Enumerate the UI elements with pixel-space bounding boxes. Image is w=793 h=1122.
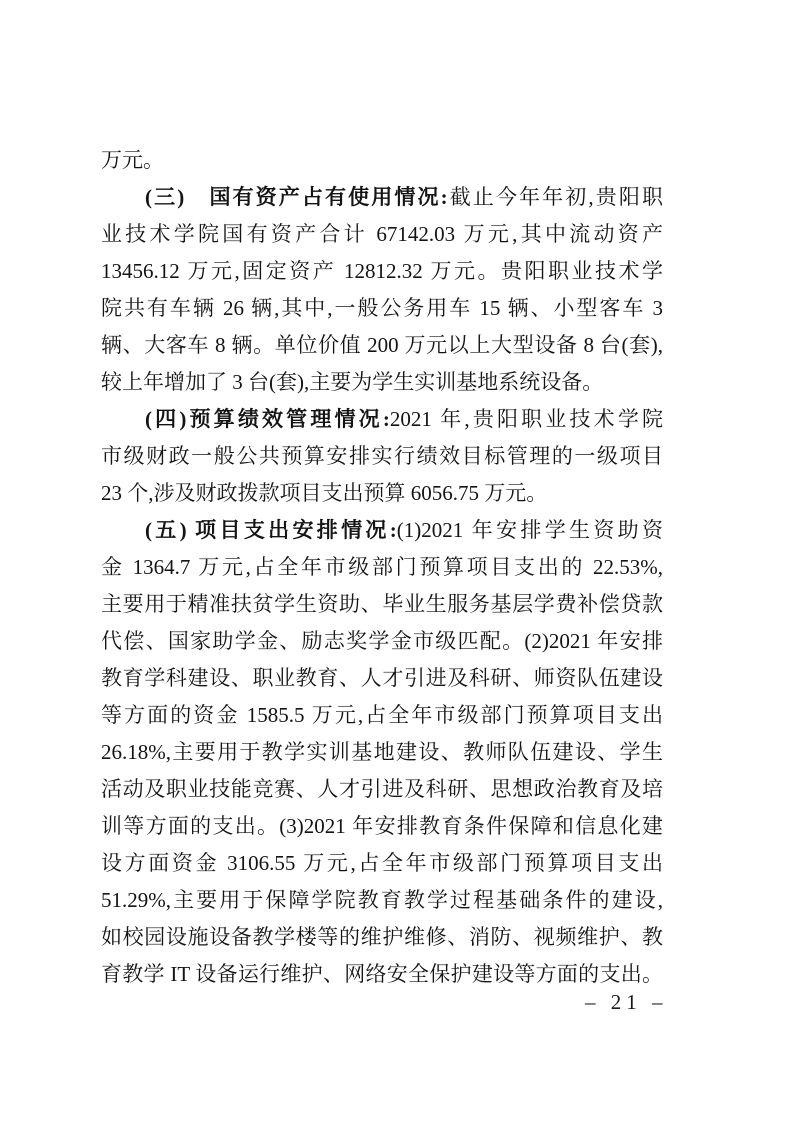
text-line: 业技术学院国有资产合计 67142.03 万元,其中流动资产	[101, 216, 663, 253]
line-text: 26.18%,主要用于教学实训基地建设、教师队伍建设、学生	[101, 740, 663, 764]
text-line: 活动及职业技能竞赛、人才引进及科研、思想政治教育及培	[101, 771, 663, 808]
text-line: 金 1364.7 万元,占全年市级部门预算项目支出的 22.53%,	[101, 549, 663, 586]
text-line-section-3-heading: (三) 国有资产占有使用情况:截止今年年初,贵阳职	[101, 179, 663, 216]
line-text: 金 1364.7 万元,占全年市级部门预算项目支出的 22.53%,	[101, 555, 663, 579]
text-line: 代偿、国家助学金、励志奖学金市级匹配。(2)2021 年安排	[101, 623, 663, 660]
line-text: 主要用于精准扶贫学生资助、毕业生服务基层学费补偿贷款	[101, 592, 663, 616]
line-text: 较上年增加了 3 台(套),主要为学生实训基地系统设备。	[101, 370, 603, 394]
text-line: 市级财政一般公共预算安排实行绩效目标管理的一级项目	[101, 438, 663, 475]
line-text: 等方面的资金 1585.5 万元,占全年市级部门预算项目支出	[101, 703, 663, 727]
line-text: 23 个,涉及财政拨款项目支出预算 6056.75 万元。	[101, 481, 547, 505]
page-number: – 21 –	[585, 990, 680, 1015]
section-heading: (四)预算绩效管理情况:	[145, 407, 390, 431]
line-text: 万元。	[101, 148, 164, 172]
line-text: 活动及职业技能竞赛、人才引进及科研、思想政治教育及培	[101, 777, 663, 801]
text-line: 51.29%,主要用于保障学院教育教学过程基础条件的建设,	[101, 882, 663, 919]
line-text: 院共有车辆 26 辆,其中,一般公务用车 15 辆、小型客车 3	[101, 296, 663, 320]
text-line: 26.18%,主要用于教学实训基地建设、教师队伍建设、学生	[101, 734, 663, 771]
line-text: 设方面资金 3106.55 万元,占全年市级部门预算项目支出	[101, 851, 663, 875]
text-line: 23 个,涉及财政拨款项目支出预算 6056.75 万元。	[101, 475, 663, 512]
line-text: 育教学 IT 设备运行维护、网络安全保护建设等方面的支出。	[101, 962, 663, 986]
section-heading: (五) 项目支出安排情况:	[145, 518, 397, 542]
text-line: 13456.12 万元,固定资产 12812.32 万元。贵阳职业技术学	[101, 253, 663, 290]
line-text: 2021 年,贵阳职业技术学院	[390, 407, 663, 431]
line-text: 训等方面的支出。(3)2021 年安排教育条件保障和信息化建	[101, 814, 663, 838]
text-line: 设方面资金 3106.55 万元,占全年市级部门预算项目支出	[101, 845, 663, 882]
text-line: 辆、大客车 8 辆。单位价值 200 万元以上大型设备 8 台(套),	[101, 327, 663, 364]
text-line: 训等方面的支出。(3)2021 年安排教育条件保障和信息化建	[101, 808, 663, 845]
text-line-section-4-heading: (四)预算绩效管理情况:2021 年,贵阳职业技术学院	[101, 401, 663, 438]
document-page: 万元。 (三) 国有资产占有使用情况:截止今年年初,贵阳职 业技术学院国有资产合…	[0, 0, 793, 1122]
section-heading: (三) 国有资产占有使用情况:	[145, 185, 448, 209]
line-text: 13456.12 万元,固定资产 12812.32 万元。贵阳职业技术学	[101, 259, 663, 283]
text-line: 院共有车辆 26 辆,其中,一般公务用车 15 辆、小型客车 3	[101, 290, 663, 327]
text-line-section-5-heading: (五) 项目支出安排情况:(1)2021 年安排学生资助资	[101, 512, 663, 549]
line-text: 辆、大客车 8 辆。单位价值 200 万元以上大型设备 8 台(套),	[101, 333, 663, 357]
line-text: 代偿、国家助学金、励志奖学金市级匹配。(2)2021 年安排	[101, 629, 663, 653]
text-line: 如校园设施设备教学楼等的维护维修、消防、视频维护、教	[101, 919, 663, 956]
body-text: 万元。 (三) 国有资产占有使用情况:截止今年年初,贵阳职 业技术学院国有资产合…	[101, 142, 663, 993]
text-line: 万元。	[101, 142, 663, 179]
text-line: 育教学 IT 设备运行维护、网络安全保护建设等方面的支出。	[101, 956, 663, 993]
line-text: 截止今年年初,贵阳职	[448, 185, 663, 209]
line-text: (1)2021 年安排学生资助资	[397, 518, 663, 542]
text-line: 较上年增加了 3 台(套),主要为学生实训基地系统设备。	[101, 364, 663, 401]
line-text: 如校园设施设备教学楼等的维护维修、消防、视频维护、教	[101, 925, 663, 949]
line-text: 业技术学院国有资产合计 67142.03 万元,其中流动资产	[101, 222, 663, 246]
line-text: 51.29%,主要用于保障学院教育教学过程基础条件的建设,	[101, 888, 663, 912]
text-line: 等方面的资金 1585.5 万元,占全年市级部门预算项目支出	[101, 697, 663, 734]
line-text: 教育学科建设、职业教育、人才引进及科研、师资队伍建设	[101, 666, 663, 690]
line-text: 市级财政一般公共预算安排实行绩效目标管理的一级项目	[101, 444, 663, 468]
text-line: 教育学科建设、职业教育、人才引进及科研、师资队伍建设	[101, 660, 663, 697]
text-line: 主要用于精准扶贫学生资助、毕业生服务基层学费补偿贷款	[101, 586, 663, 623]
